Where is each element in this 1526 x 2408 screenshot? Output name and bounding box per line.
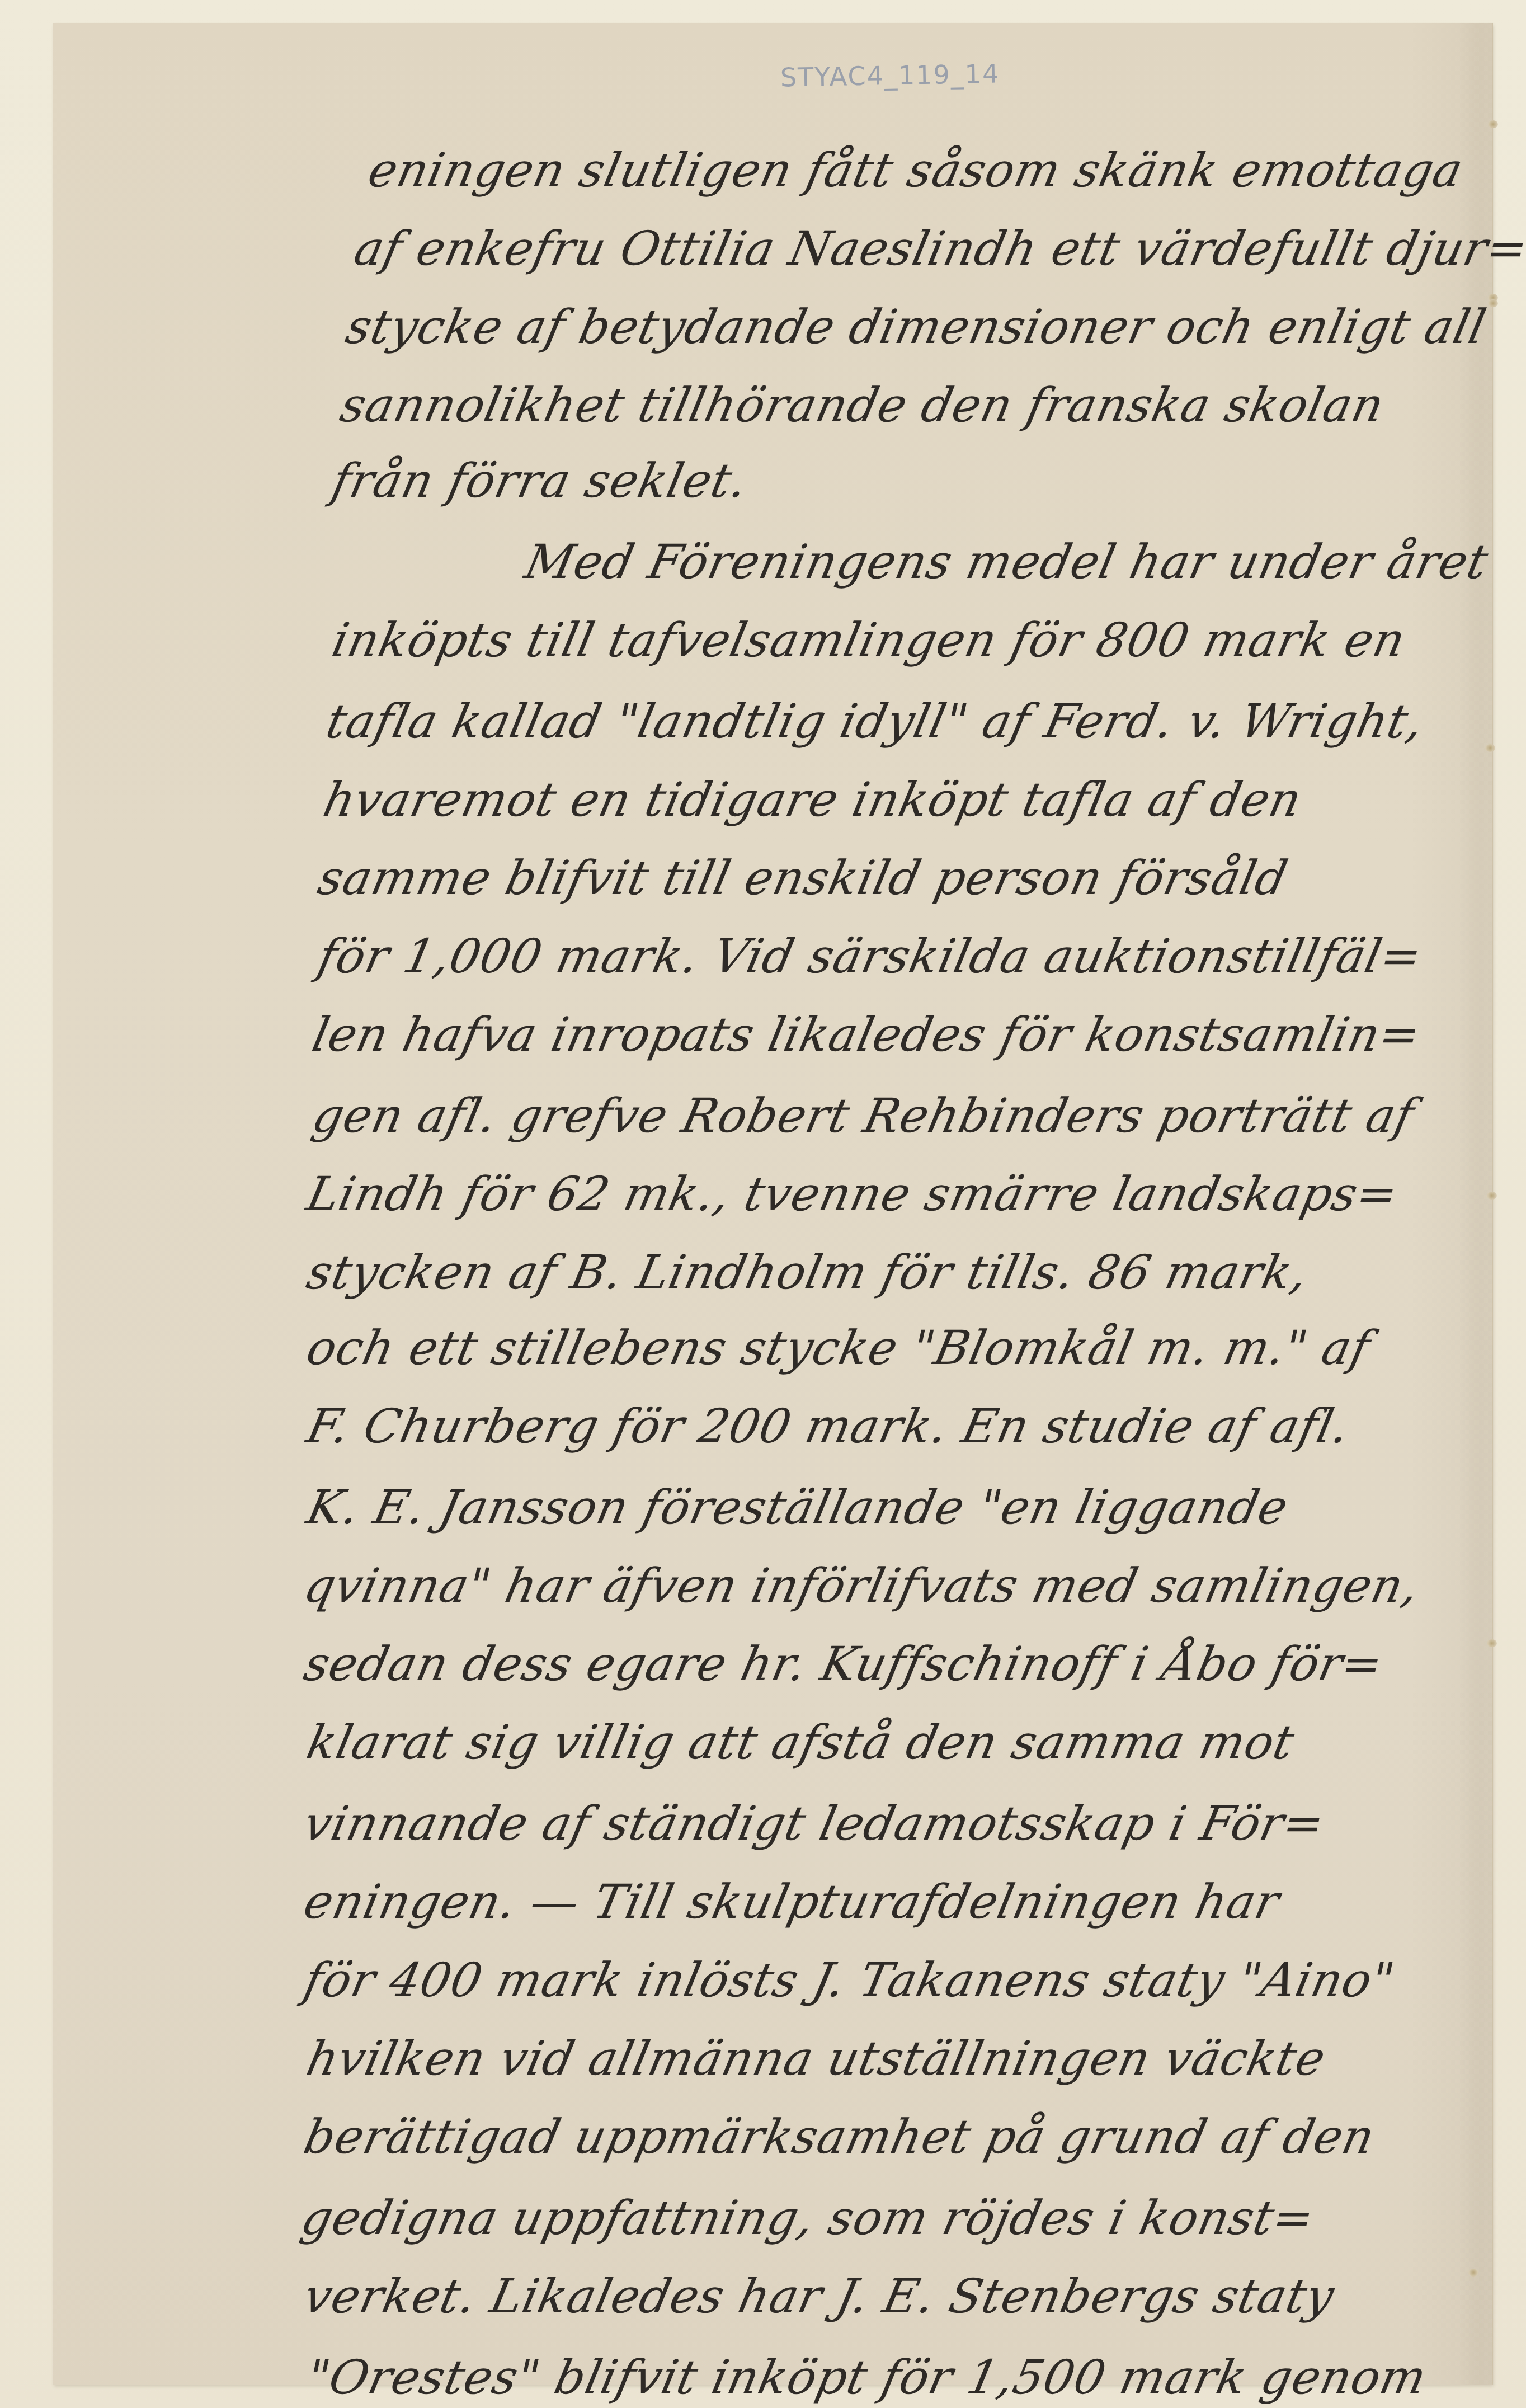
text-line: Lindh för 62 mk., tvenne smärre landskap…	[302, 1167, 1403, 1221]
text-line: vinnande af ständigt ledamotsskap i För=	[299, 1796, 1330, 1851]
text-line: gen afl. grefve Robert Rehbinders porträ…	[308, 1088, 1419, 1143]
text-line: F. Churberg för 200 mark. En studie af a…	[302, 1399, 1355, 1454]
text-line: hvilken vid allmänna utställningen väckt…	[302, 2031, 1331, 2086]
archive-id-label: STYAC4_119_14	[780, 59, 1000, 93]
text-line: gedigna uppfattning, som röjdes i konst=	[296, 2190, 1320, 2245]
text-line: inköpts till tafvelsamlingen för 800 mar…	[327, 613, 1410, 667]
text-line: tafla kallad "landtlig idyll" af Ferd. v…	[322, 694, 1429, 749]
text-line: och ett stillebens stycke "Blomkål m. m.…	[302, 1320, 1375, 1375]
text-line: för 400 mark inlösts J. Takanens staty "…	[299, 1953, 1400, 2007]
text-line: qvinna" har äfven införlifvats med samli…	[299, 1558, 1424, 1613]
text-line: berättigad uppmärksamhet på grund af den	[299, 2109, 1379, 2164]
text-line: eningen. — Till skulpturafdelningen har	[299, 1874, 1285, 1929]
text-line: stycken af B. Lindholm för tills. 86 mar…	[302, 1245, 1313, 1300]
text-line: eningen slutligen fått såsom skänk emott…	[364, 143, 1468, 197]
text-line: Med Föreningens medel har under året	[520, 534, 1493, 589]
text-line: klarat sig villig att afstå den samma mo…	[302, 1715, 1299, 1770]
binding-hole	[1468, 2269, 1478, 2277]
text-line: från förra seklet.	[327, 453, 752, 508]
text-line: för 1,000 mark. Vid särskilda auktionsti…	[313, 929, 1427, 984]
text-line: len hafva inropats likaledes för konstsa…	[308, 1007, 1425, 1062]
text-line: K. E. Jansson föreställande "en liggande	[302, 1480, 1293, 1535]
text-line: hvaremot en tidigare inköpt tafla af den	[319, 772, 1307, 827]
text-line: "Orestes" blifvit inköpt för 1,500 mark …	[302, 2350, 1431, 2405]
text-line: samme blifvit till enskild person försål…	[313, 850, 1293, 905]
binding-hole	[1487, 1192, 1497, 1200]
binding-hole	[1487, 1639, 1497, 1647]
binding-hole	[1485, 744, 1495, 752]
text-line: af enkefru Ottilia Naeslindh ett värdefu…	[350, 221, 1526, 276]
text-line: sedan dess egare hr. Kuffschinoff i Åbo …	[299, 1636, 1388, 1691]
binding-hole	[1488, 120, 1498, 128]
text-line: verket. Likaledes har J. E. Stenbergs st…	[299, 2269, 1339, 2324]
text-line: stycke af betydande dimensioner och enli…	[341, 299, 1491, 354]
text-line: sannolikhet tillhörande den franska skol…	[336, 378, 1389, 432]
